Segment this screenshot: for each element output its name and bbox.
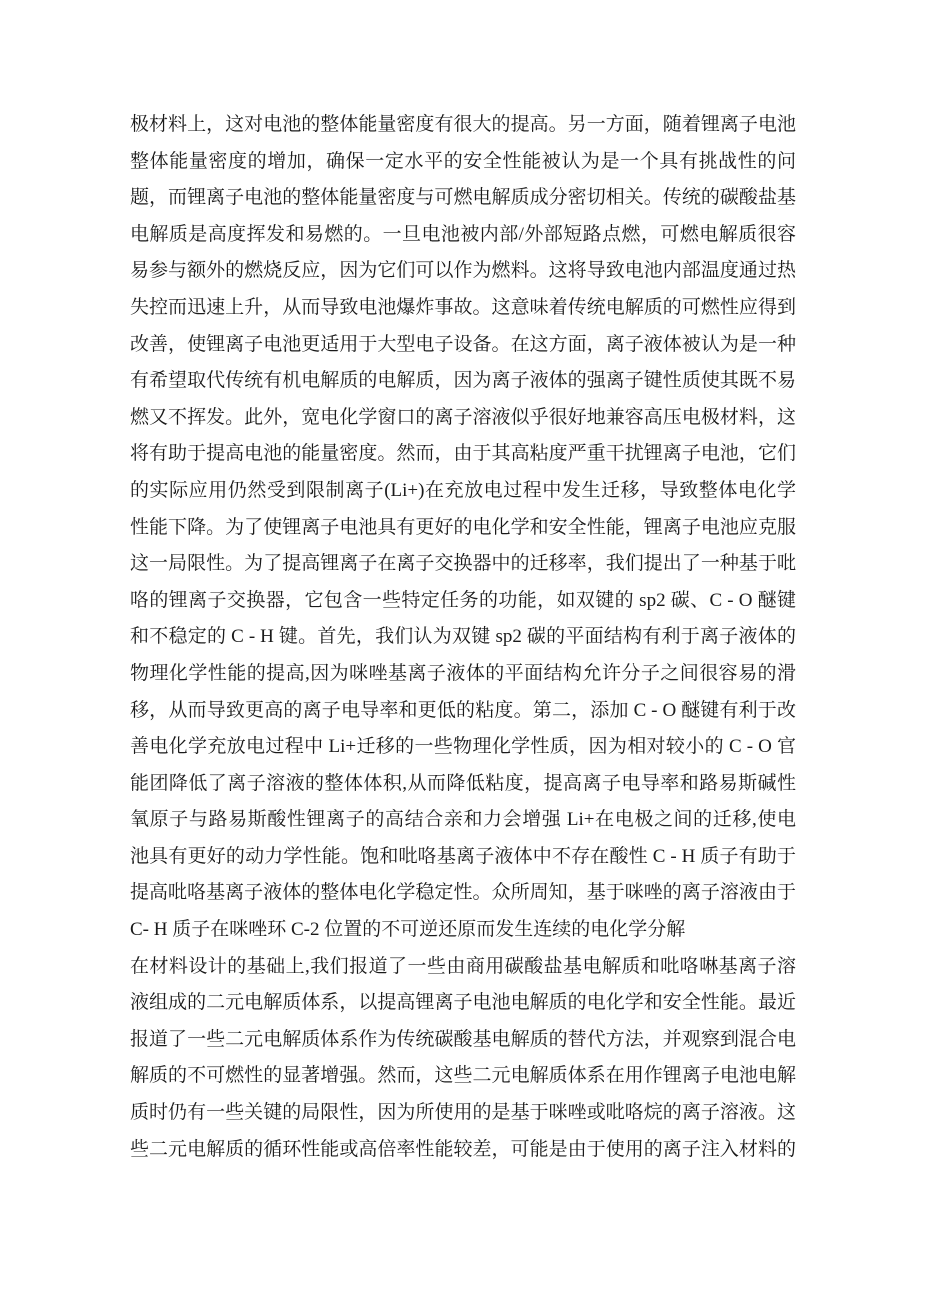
document-text-block: 极材料上，这对电池的整体能量密度有很大的提高。另一方面，随着锂离子电池整体能量密… (130, 107, 796, 1168)
text-line: 质时仍有一些关键的局限性，因为所使用的是基于咪唑或吡咯烷的离子溶液。这 (130, 1095, 796, 1132)
text-line: 在材料设计的基础上,我们报道了一些由商用碳酸盐基电解质和吡咯啉基离子溶 (130, 949, 796, 986)
text-line: 提高吡咯基离子液体的整体电化学稳定性。众所周知，基于咪唑的离子溶液由于 (130, 875, 796, 912)
text-line: 改善，使锂离子电池更适用于大型电子设备。在这方面，离子液体被认为是一种 (130, 327, 796, 364)
text-line: 些二元电解质的循环性能或高倍率性能较差，可能是由于使用的离子注入材料的 (130, 1132, 796, 1169)
text-line: 将有助于提高电池的能量密度。然而，由于其高粘度严重干扰锂离子电池，它们 (130, 436, 796, 473)
text-line: 有希望取代传统有机电解质的电解质，因为离子液体的强离子键性质使其既不易 (130, 363, 796, 400)
text-line: 失控而迅速上升，从而导致电池爆炸事故。这意味着传统电解质的可燃性应得到 (130, 290, 796, 327)
text-line: C- H 质子在咪唑环 C-2 位置的不可逆还原而发生连续的电化学分解 (130, 912, 796, 949)
text-line: 池具有更好的动力学性能。饱和吡咯基离子液体中不存在酸性 C - H 质子有助于 (130, 839, 796, 876)
text-line: 解质的不可燃性的显著增强。然而，这些二元电解质体系在用作锂离子电池电解 (130, 1058, 796, 1095)
paragraph: 在材料设计的基础上,我们报道了一些由商用碳酸盐基电解质和吡咯啉基离子溶液组成的二… (130, 949, 796, 1169)
document-page: 极材料上，这对电池的整体能量密度有很大的提高。另一方面，随着锂离子电池整体能量密… (0, 0, 926, 1309)
text-line: 电解质是高度挥发和易燃的。一旦电池被内部/外部短路点燃，可燃电解质很容 (130, 217, 796, 254)
text-line: 咯的锂离子交换器，它包含一些特定任务的功能，如双键的 sp2 碳、C - O 醚… (130, 583, 796, 620)
text-line: 燃又不挥发。此外，宽电化学窗口的离子溶液似乎很好地兼容高压电极材料，这 (130, 400, 796, 437)
text-line: 题，而锂离子电池的整体能量密度与可燃电解质成分密切相关。传统的碳酸盐基 (130, 180, 796, 217)
text-line: 能团降低了离子溶液的整体体积,从而降低粘度，提高离子电导率和路易斯碱性 (130, 766, 796, 803)
text-line: 和不稳定的 C - H 键。首先，我们认为双键 sp2 碳的平面结构有利于离子液… (130, 619, 796, 656)
text-line: 易参与额外的燃烧反应，因为它们可以作为燃料。这将导致电池内部温度通过热 (130, 253, 796, 290)
text-line: 整体能量密度的增加，确保一定水平的安全性能被认为是一个具有挑战性的问 (130, 144, 796, 181)
paragraph: 极材料上，这对电池的整体能量密度有很大的提高。另一方面，随着锂离子电池整体能量密… (130, 107, 796, 949)
text-line: 物理化学性能的提高,因为咪唑基离子液体的平面结构允许分子之间很容易的滑 (130, 656, 796, 693)
text-line: 这一局限性。为了提高锂离子在离子交换器中的迁移率，我们提出了一种基于吡 (130, 546, 796, 583)
text-line: 性能下降。为了使锂离子电池具有更好的电化学和安全性能，锂离子电池应克服 (130, 510, 796, 547)
text-line: 移，从而导致更高的离子电导率和更低的粘度。第二，添加 C - O 醚键有利于改 (130, 693, 796, 730)
text-line: 极材料上，这对电池的整体能量密度有很大的提高。另一方面，随着锂离子电池 (130, 107, 796, 144)
text-line: 善电化学充放电过程中 Li+迁移的一些物理化学性质，因为相对较小的 C - O … (130, 729, 796, 766)
text-line: 氧原子与路易斯酸性锂离子的高结合亲和力会增强 Li+在电极之间的迁移,使电 (130, 802, 796, 839)
text-line: 的实际应用仍然受到限制离子(Li+)在充放电过程中发生迁移，导致整体电化学 (130, 473, 796, 510)
text-line: 报道了一些二元电解质体系作为传统碳酸基电解质的替代方法，并观察到混合电 (130, 1022, 796, 1059)
text-line: 液组成的二元电解质体系，以提高锂离子电池电解质的电化学和安全性能。最近 (130, 985, 796, 1022)
